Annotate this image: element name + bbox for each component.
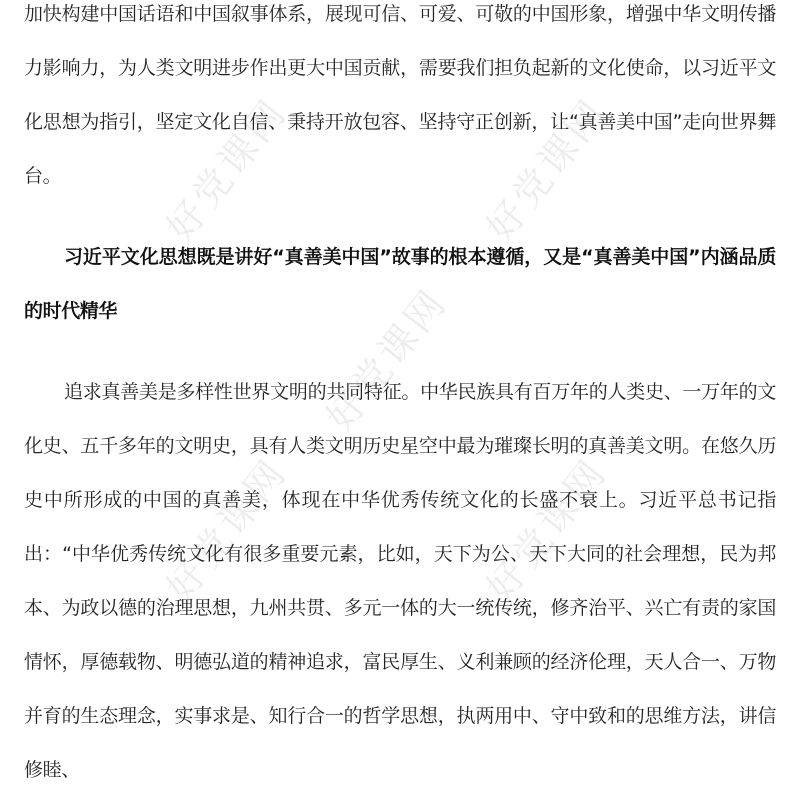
paragraph-continuation: 加快构建中国话语和中国叙事体系，展现可信、可爱、可敬的中国形象，增强中华文明传播… <box>24 0 776 203</box>
paragraph-gap <box>24 338 776 365</box>
paragraph-gap <box>24 203 776 230</box>
document-body: 加快构建中国话语和中国叙事体系，展现可信、可爱、可敬的中国形象，增强中华文明传播… <box>24 0 776 797</box>
section-heading: 习近平文化思想既是讲好“真善美中国”故事的根本遵循，又是“真善美中国”内涵品质的… <box>24 230 776 338</box>
paragraph-body: 追求真善美是多样性世界文明的共同特征。中华民族具有百万年的人类史、一万年的文化史… <box>24 365 776 797</box>
